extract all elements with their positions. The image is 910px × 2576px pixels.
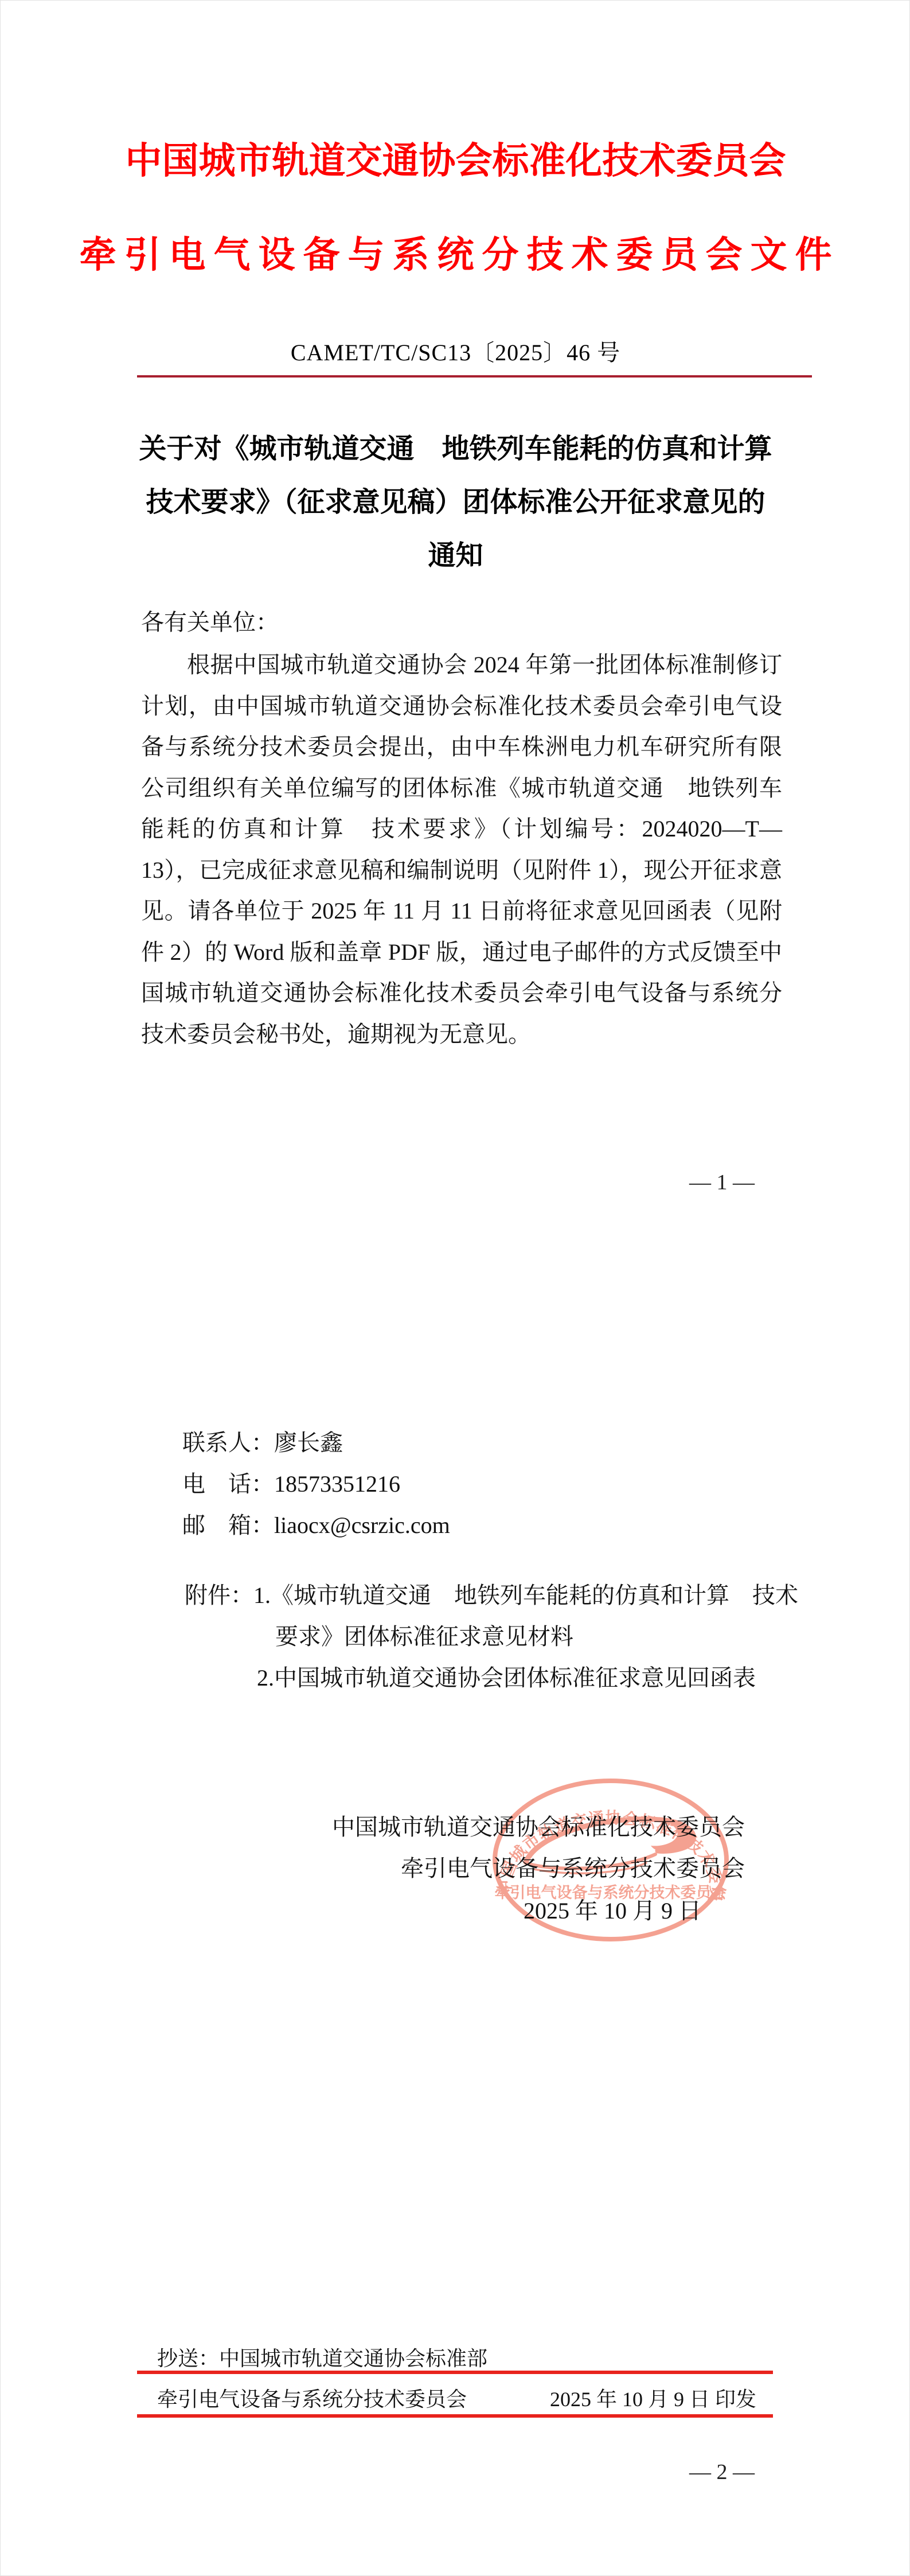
subject-heading-line2: 技术要求》（征求意见稿）团体标准公开征求意见的 bbox=[69, 480, 842, 519]
subject-heading-line1: 关于对《城市轨道交通 地铁列车能耗的仿真和计算 bbox=[69, 426, 842, 466]
issue-date: 2025 年 10 月 9 日 印发 bbox=[550, 2383, 756, 2412]
salutation: 各有关单位： bbox=[141, 604, 279, 637]
document-number: CAMET/TC/SC13〔2025〕46 号 bbox=[1, 334, 910, 367]
body-paragraph: 根据中国城市轨道交通协会 2024 年第一批团体标准制修订计划，由中国城市轨道交… bbox=[141, 644, 782, 1054]
signature-date: 2025 年 10 月 9 日 bbox=[1, 1893, 745, 1925]
attachment-line-2: 要求》团体标准征求意见材料 bbox=[275, 1618, 573, 1651]
page-number-1: — 1 — bbox=[659, 1170, 785, 1195]
letterhead-title-line2: 牵引电气设备与系统分技术委员会文件 bbox=[1, 225, 910, 278]
attachment-line-1: 附件：1.《城市轨道交通 地铁列车能耗的仿真和计算 技术 bbox=[185, 1577, 798, 1610]
attachment-line-3: 2.中国城市轨道交通协会团体标准征求意见回函表 bbox=[257, 1660, 756, 1692]
contact-email-line: 邮 箱：liaocx@csrzic.com bbox=[182, 1507, 450, 1540]
official-document-page: 中国城市轨道交通协会标准化技术委员会 牵引电气设备与系统分技术委员会文件 CAM… bbox=[0, 0, 910, 2576]
letterhead-divider-rule bbox=[137, 375, 812, 378]
issuer-row: 牵引电气设备与系统分技术委员会 2025 年 10 月 9 日 印发 bbox=[137, 2383, 773, 2412]
signature-org-line1: 中国城市轨道交通协会标准化技术委员会 bbox=[1, 1809, 745, 1842]
signature-org-line2: 牵引电气设备与系统分技术委员会 bbox=[1, 1850, 745, 1883]
footer-rule-bottom bbox=[137, 2414, 773, 2418]
letterhead-title-line1: 中国城市轨道交通协会标准化技术委员会 bbox=[1, 131, 910, 184]
page-number-2: — 2 — bbox=[659, 2460, 785, 2485]
subject-heading-line3: 通知 bbox=[69, 533, 842, 573]
contact-person-line: 联系人：廖长鑫 bbox=[182, 1425, 343, 1457]
contact-phone-line: 电 话：18573351216 bbox=[182, 1466, 400, 1499]
footer-rule-top bbox=[137, 2371, 773, 2374]
issuer-name: 牵引电气设备与系统分技术委员会 bbox=[157, 2383, 467, 2412]
cc-line: 抄送：中国城市轨道交通协会标准部 bbox=[157, 2342, 487, 2372]
